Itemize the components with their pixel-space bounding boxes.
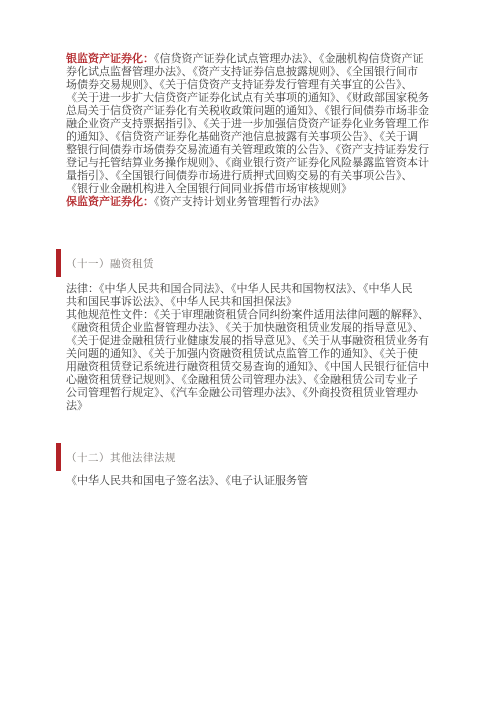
text-segment: 法律：《中华人民共和国合同法》、《中华人民共和国物权法》、《中华人民 xyxy=(66,283,413,295)
text-segment: 《银行业金融机构进入全国银行间同业拆借市场审核规则》 xyxy=(66,183,352,195)
paragraph-securitization: 银监资产证券化：《信贷资产证券化试点管理办法》、《金融机构信贷资产证券化试点监督… xyxy=(66,53,446,209)
text-line: 登记与托管结算业务操作规则》、《商业银行资产证券化风险暴露监管资本计 xyxy=(66,157,446,170)
document: 银监资产证券化：《信贷资产证券化试点管理办法》、《金融机构信贷资产证券化试点监督… xyxy=(66,53,446,488)
red-bar-icon xyxy=(56,443,61,471)
text-line: 银监资产证券化：《信贷资产证券化试点管理办法》、《金融机构信贷资产证 xyxy=(66,53,446,66)
paragraph-leasing: 法律：《中华人民共和国合同法》、《中华人民共和国物权法》、《中华人民共和国民事诉… xyxy=(66,283,446,413)
text-segment: 《融资租赁企业监督管理办法》、《关于加快融资租赁业发展的指导意见》、 xyxy=(66,322,424,334)
text-line: 关问题的通知》、《关于加强内资融资租赁试点监管工作的通知》、《关于使 xyxy=(66,348,446,361)
text-segment: 共和国民事诉讼法》、《中华人民共和国担保法》 xyxy=(66,296,297,308)
text-line: 整银行间债券市场债券交易流通有关管理政策的公告》、《资产支持证券发行 xyxy=(66,144,446,157)
paragraph-other-laws: 《中华人民共和国电子签名法》、《电子认证服务管 xyxy=(66,475,446,488)
text-line: 量指引》、《全国银行间债券市场进行质押式回购交易的有关事项公告》、 xyxy=(66,170,446,183)
page: { "colors": { "accent_red": "#b42a2e", "… xyxy=(0,0,500,708)
text-line: 《银行业金融机构进入全国银行间同业拆借市场审核规则》 xyxy=(66,183,446,196)
text-segment: 《中华人民共和国电子签名法》、《电子认证服务管 xyxy=(66,475,308,487)
text-segment: 《资产支持计划业务管理暂行办法》 xyxy=(154,196,325,208)
text-segment: 关问题的通知》、《关于加强内资融资租赁试点监管工作的通知》、《关于使 xyxy=(66,348,418,360)
text-line: 法律：《中华人民共和国合同法》、《中华人民共和国物权法》、《中华人民 xyxy=(66,283,446,296)
text-segment: 融企业资产支持票据指引》、《关于进一步加强信贷资产证券化业务管理工作 xyxy=(66,118,429,130)
section-heading-12: （十二）其他法律法规 xyxy=(66,443,446,471)
text-segment: 券化试点监督管理办法》、《资产支持证券信息披露规则》、《全国银行间市 xyxy=(66,66,418,78)
text-line: 场债券交易规则》、《关于信贷资产支持证券发行管理有关事宜的公告》、 xyxy=(66,79,446,92)
text-line: 券化试点监督管理办法》、《资产支持证券信息披露规则》、《全国银行间市 xyxy=(66,66,446,79)
text-segment: 登记与托管结算业务操作规则》、《商业银行资产证券化风险暴露监管资本计 xyxy=(66,157,429,169)
text-segment: 《关于进一步扩大信贷资产证券化试点有关事项的通知》、《财政部国家税务 xyxy=(66,92,429,104)
text-line: 其他规范性文件：《关于审理融资租赁合同纠纷案件适用法律问题的解释》、 xyxy=(66,309,446,322)
text-segment: 《关于促进金融租赁行业健康发展的指导意见》、《关于从事融资租赁业务有 xyxy=(66,335,429,347)
text-segment: 场债券交易规则》、《关于信贷资产支持证券发行管理有关事宜的公告》、 xyxy=(66,79,413,91)
accent-label: 保监资产证券化： xyxy=(66,196,154,208)
text-line: 公司管理暂行规定》、《汽车金融公司管理办法》、《外商投资租赁业管理办 xyxy=(66,387,446,400)
text-segment: 整银行间债券市场债券交易流通有关管理政策的公告》、《资产支持证券发行 xyxy=(66,144,429,156)
text-segment: 心融资租赁登记规则》、《金融租赁公司管理办法》、《金融租赁公司专业子 xyxy=(66,374,418,386)
text-line: 共和国民事诉讼法》、《中华人民共和国担保法》 xyxy=(66,296,446,309)
text-line: 心融资租赁登记规则》、《金融租赁公司管理办法》、《金融租赁公司专业子 xyxy=(66,374,446,387)
text-segment: 公司管理暂行规定》、《汽车金融公司管理办法》、《外商投资租赁业管理办 xyxy=(66,387,418,399)
text-line: 《关于促进金融租赁行业健康发展的指导意见》、《关于从事融资租赁业务有 xyxy=(66,335,446,348)
text-segment: 其他规范性文件：《关于审理融资租赁合同纠纷案件适用法律问题的解释》、 xyxy=(66,309,429,321)
text-line: 总局关于信贷资产证券化有关税收政策问题的通知》、《银行间债券市场非金 xyxy=(66,105,446,118)
text-line: 融企业资产支持票据指引》、《关于进一步加强信贷资产证券化业务管理工作 xyxy=(66,118,446,131)
text-segment: 总局关于信贷资产证券化有关税收政策问题的通知》、《银行间债券市场非金 xyxy=(66,105,429,117)
text-line: 法》 xyxy=(66,400,446,413)
text-line: 《中华人民共和国电子签名法》、《电子认证服务管 xyxy=(66,475,446,488)
accent-label: 银监资产证券化： xyxy=(66,53,154,65)
text-segment: 的通知》、《信贷资产证券化基础资产池信息披露有关事项公告》、《关于调 xyxy=(66,131,418,143)
text-line: 保监资产证券化：《资产支持计划业务管理暂行办法》 xyxy=(66,196,446,209)
section-heading-11-label: （十一）融资租赁 xyxy=(66,256,154,271)
text-line: 用融资租赁登记系统进行融资租赁交易查询的通知》、《中国人民银行征信中 xyxy=(66,361,446,374)
text-segment: 《信贷资产证券化试点管理办法》、《金融机构信贷资产证 xyxy=(154,53,424,65)
red-bar-icon xyxy=(56,249,61,277)
text-segment: 用融资租赁登记系统进行融资租赁交易查询的通知》、《中国人民银行征信中 xyxy=(66,361,429,373)
text-line: 《融资租赁企业监督管理办法》、《关于加快融资租赁业发展的指导意见》、 xyxy=(66,322,446,335)
text-line: 《关于进一步扩大信贷资产证券化试点有关事项的通知》、《财政部国家税务 xyxy=(66,92,446,105)
text-segment: 量指引》、《全国银行间债券市场进行质押式回购交易的有关事项公告》、 xyxy=(66,170,413,182)
section-heading-11: （十一）融资租赁 xyxy=(66,249,446,277)
section-heading-12-label: （十二）其他法律法规 xyxy=(66,450,176,465)
text-line: 的通知》、《信贷资产证券化基础资产池信息披露有关事项公告》、《关于调 xyxy=(66,131,446,144)
text-segment: 法》 xyxy=(66,400,88,412)
